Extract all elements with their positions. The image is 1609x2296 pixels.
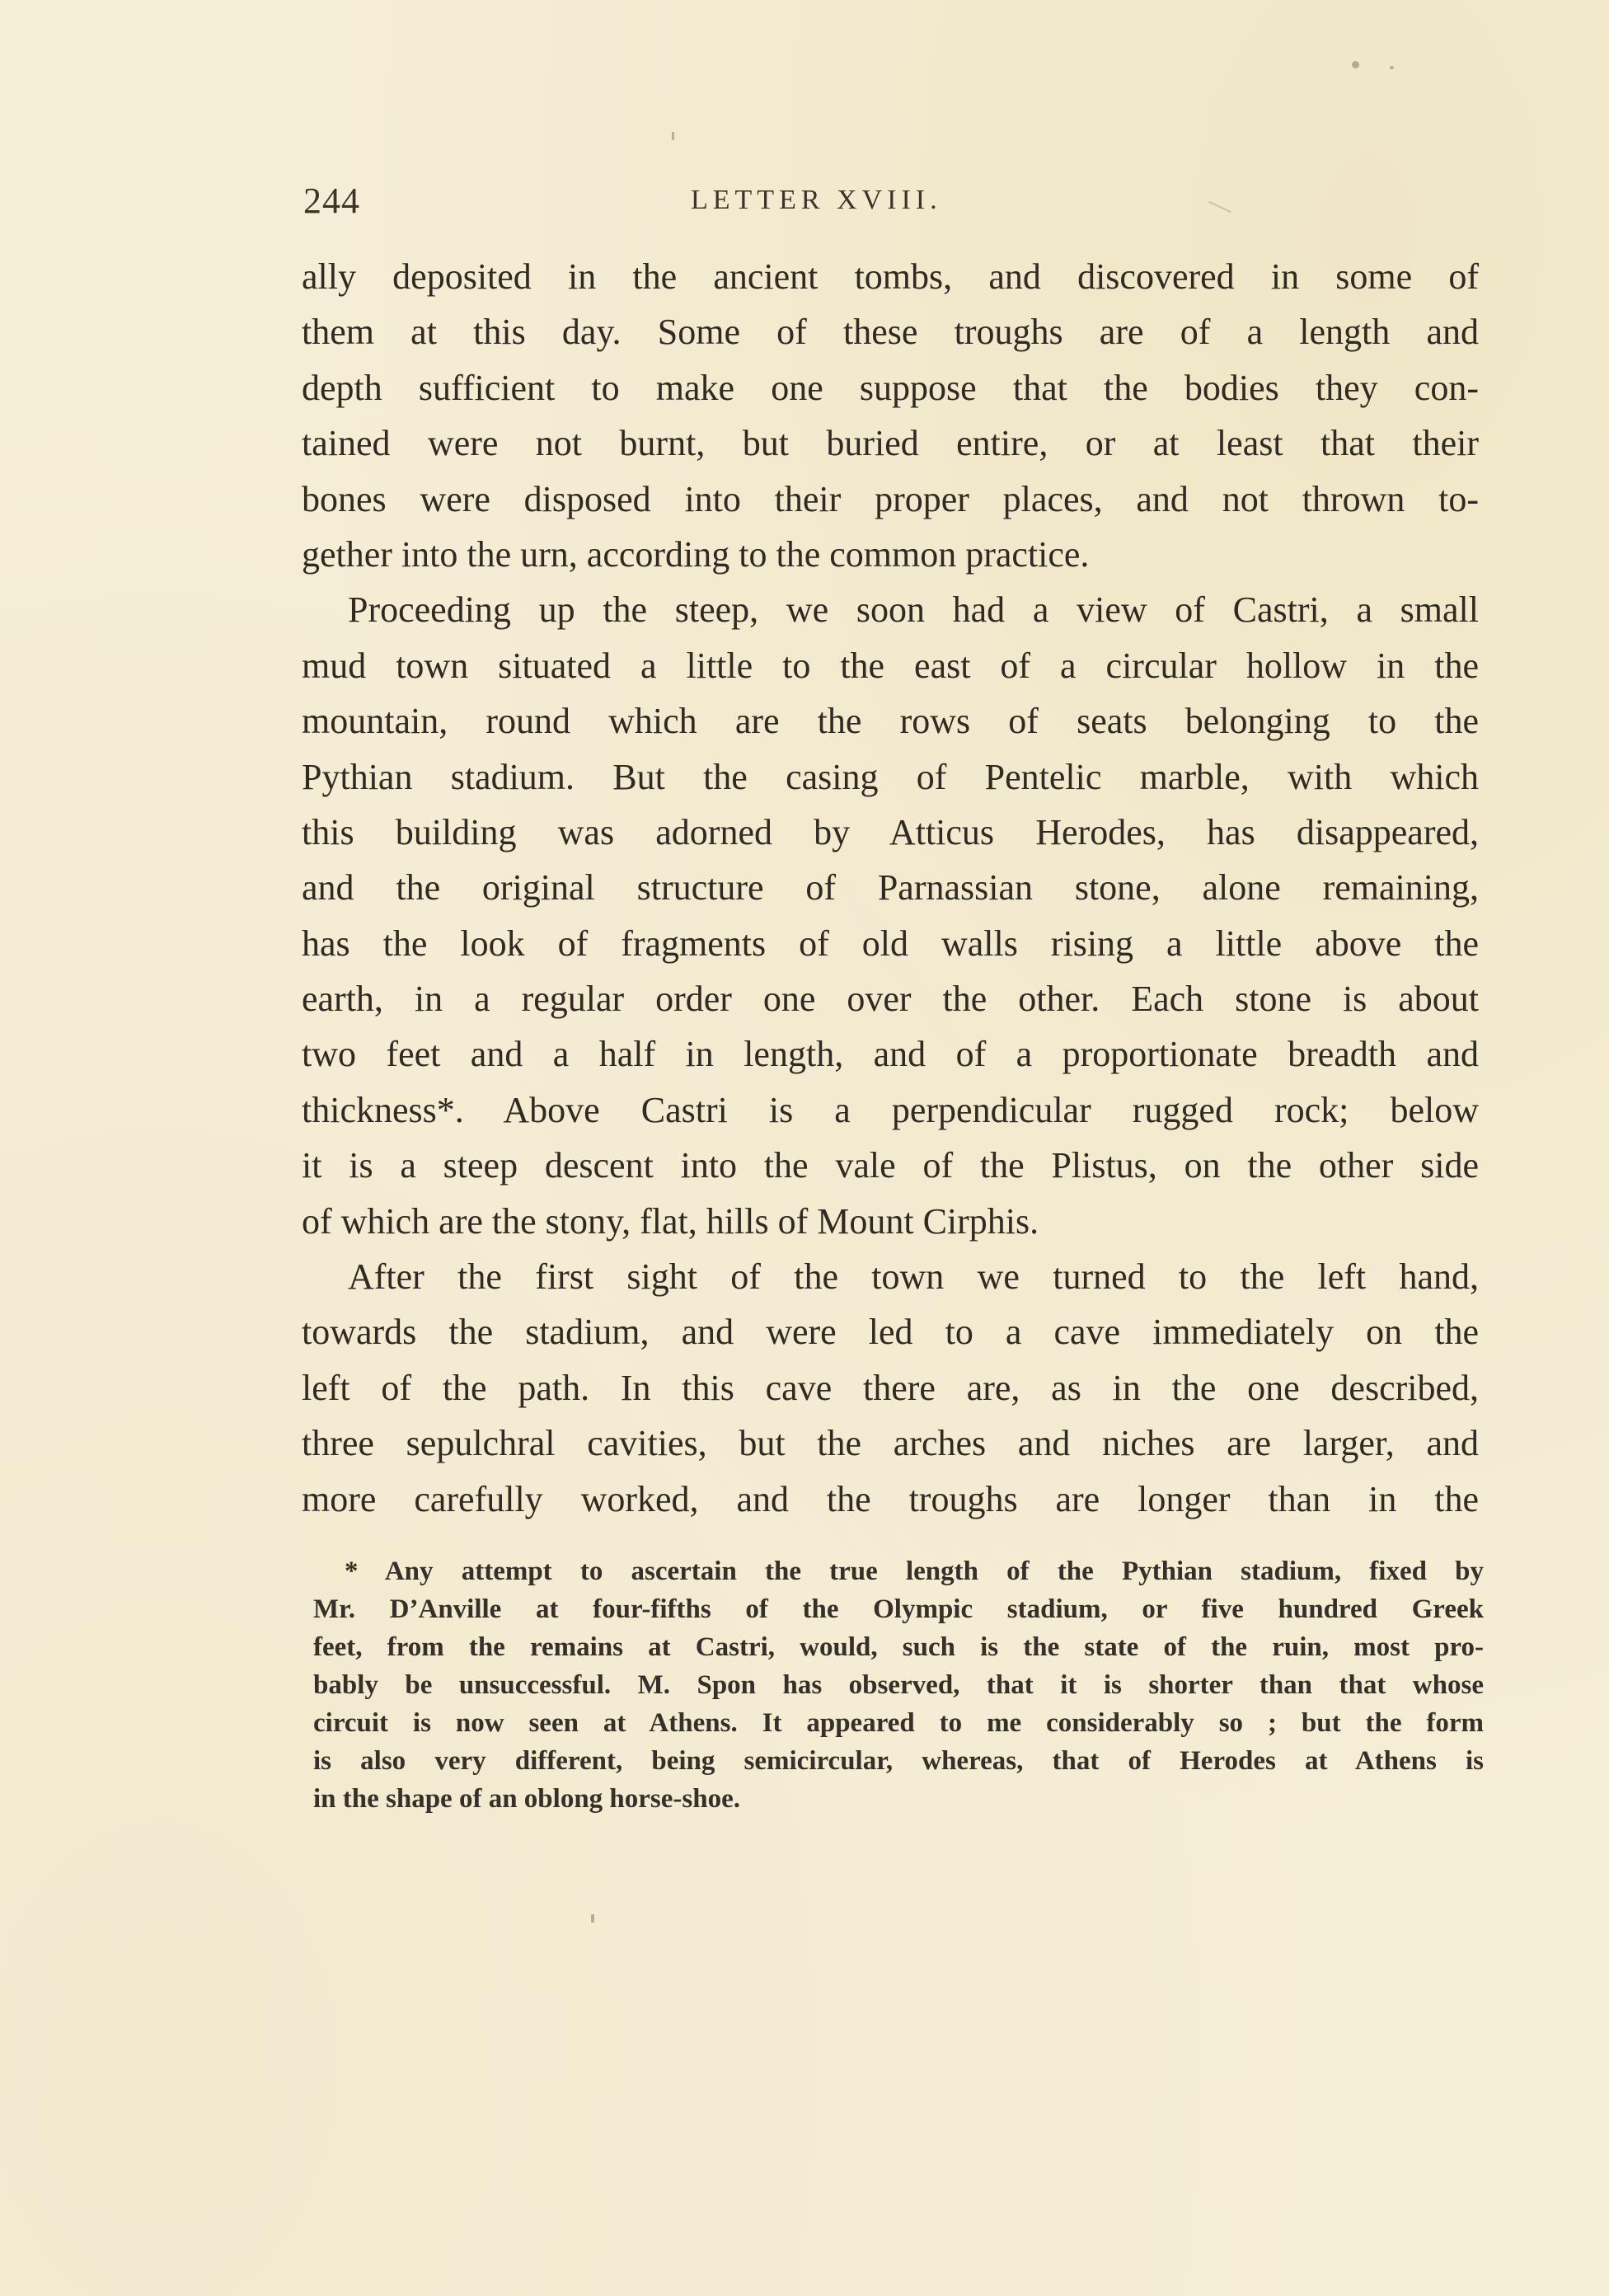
paragraph-start-line: After the first sight of the town we tur…	[302, 1249, 1479, 1304]
footnote-line: is also very different, being semicircul…	[313, 1742, 1484, 1780]
text-line: earth, in a regular order one over the o…	[302, 971, 1479, 1026]
running-head: 244 LETTER XVIII.	[303, 180, 1474, 229]
text-line: depth sufficient to make one suppose tha…	[302, 360, 1479, 416]
footnote-line: in the shape of an oblong horse-shoe.	[313, 1780, 1484, 1818]
text-line: tained were not burnt, but buried entire…	[302, 416, 1479, 471]
text-line: left of the path. In this cave there are…	[302, 1360, 1479, 1416]
footnote-line: * Any attempt to ascertain the true leng…	[313, 1552, 1484, 1590]
paper-speck	[591, 1914, 594, 1923]
footnote-line: bably be unsuccessful. M. Spon has obser…	[313, 1666, 1484, 1704]
text-line: gether into the urn, according to the co…	[302, 527, 1479, 582]
text-line: three sepulchral cavities, but the arche…	[302, 1416, 1479, 1471]
text-line: ally deposited in the ancient tombs, and…	[302, 249, 1479, 304]
running-title: LETTER XVIII.	[691, 185, 942, 216]
text-line: bones were disposed into their proper pl…	[302, 472, 1479, 527]
text-line: towards the stadium, and were led to a c…	[302, 1304, 1479, 1359]
footnote-line: Mr. D’Anville at four-fifths of the Olym…	[313, 1590, 1484, 1628]
text-line-with-footnote-ref: thickness*. Above Castri is a perpendicu…	[302, 1082, 1479, 1138]
text-line: this building was adorned by Atticus Her…	[302, 805, 1479, 860]
body-text: ally deposited in the ancient tombs, and…	[302, 249, 1479, 1527]
page-number: 244	[303, 180, 360, 222]
text-line: two feet and a half in length, and of a …	[302, 1026, 1479, 1082]
text-line: Pythian stadium. But the casing of Pente…	[302, 749, 1479, 805]
text-line: more carefully worked, and the troughs a…	[302, 1472, 1479, 1527]
text-line: and the original structure of Parnassian…	[302, 860, 1479, 915]
paper-speck	[1390, 66, 1394, 69]
footnote-line: feet, from the remains at Castri, would,…	[313, 1628, 1484, 1666]
text-line: it is a steep descent into the vale of t…	[302, 1138, 1479, 1193]
text-line: mountain, round which are the rows of se…	[302, 693, 1479, 749]
text-line: has the look of fragments of old walls r…	[302, 916, 1479, 971]
paper-speck	[1352, 61, 1359, 68]
paper-speck	[672, 132, 674, 140]
footnote: * Any attempt to ascertain the true leng…	[313, 1552, 1484, 1818]
text-line: of which are the stony, flat, hills of M…	[302, 1194, 1479, 1249]
footnote-line: circuit is now seen at Athens. It appear…	[313, 1704, 1484, 1742]
book-page: 244 LETTER XVIII. ally deposited in the …	[0, 0, 1609, 2296]
paragraph-start-line: Proceeding up the steep, we soon had a v…	[302, 582, 1479, 637]
text-line: mud town situated a little to the east o…	[302, 638, 1479, 693]
text-line: them at this day. Some of these troughs …	[302, 304, 1479, 359]
